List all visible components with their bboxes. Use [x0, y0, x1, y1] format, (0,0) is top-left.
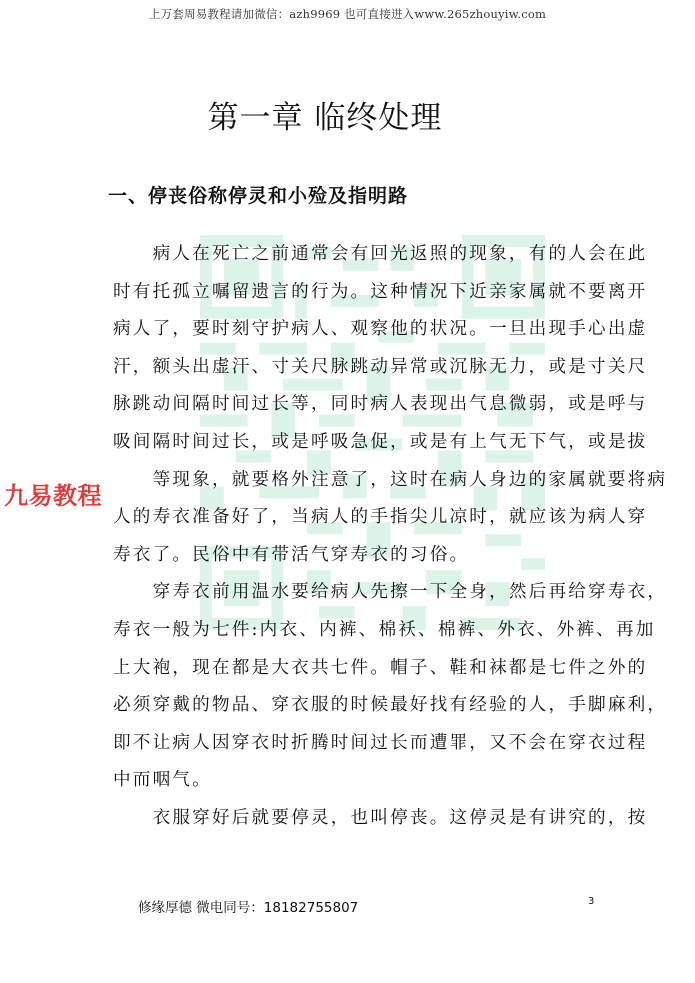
text-line: 吸间隔时间过长，或是呼吸急促，或是有上气无下气，或是拔: [113, 424, 577, 462]
text-line: 寿衣一般为七件:内衣、内裤、棉袄、棉裤、外衣、外裤、再加: [113, 612, 577, 650]
text-line: 脉跳动间隔时间过长等，同时病人表现出气息微弱，或是呼与: [113, 386, 577, 424]
text-line: 中而咽气。: [113, 762, 577, 800]
section-title: 一、停丧俗称停灵和小殓及指明路: [108, 181, 408, 208]
text-line: 衣服穿好后就要停灵，也叫停丧。这停灵是有讲究的，按: [113, 800, 577, 838]
text-line: 穿寿衣前用温水要给病人先擦一下全身，然后再给穿寿衣，: [113, 574, 577, 612]
top-banner: 上万套周易教程请加微信：azh9969 也可直接进入www.265zhouyiw…: [0, 6, 695, 22]
text-line: 病人了，要时刻守护病人、观察他的状况。一旦出现手心出虚: [113, 311, 577, 349]
text-line: 等现象，就要格外注意了，这时在病人身边的家属就要将病: [113, 462, 577, 500]
text-line: 人的寿衣准备好了，当病人的手指尖儿凉时，就应该为病人穿: [113, 499, 577, 537]
text-line: 即不让病人因穿衣时折腾时间过长而遭罪，又不会在穿衣过程: [113, 725, 577, 763]
footer-text: 修缘厚德 微电同号：18182755807: [138, 896, 358, 916]
text-line: 时有托孤立嘱留遗言的行为。这种情况下近亲家属就不要离开: [113, 274, 577, 312]
page-number: 3: [588, 896, 594, 907]
text-line: 必须穿戴的物品、穿衣服的时候最好找有经验的人，手脚麻利，: [113, 687, 577, 725]
text-line: 汗，额头出虚汗、寸关尺脉跳动异常或沉脉无力，或是寸关尺: [113, 349, 577, 387]
brand-watermark: 九易教程: [4, 476, 102, 511]
text-line: 上大袍，现在都是大衣共七件。帽子、鞋和袜都是七件之外的: [113, 650, 577, 688]
text-line: 病人在死亡之前通常会有回光返照的现象，有的人会在此: [113, 236, 577, 274]
text-line: 寿衣了。民俗中有带活气穿寿衣的习俗。: [113, 537, 577, 575]
body-text: 病人在死亡之前通常会有回光返照的现象，有的人会在此 时有托孤立嘱留遗言的行为。这…: [113, 236, 577, 838]
chapter-title: 第一章 临终处理: [0, 92, 650, 137]
